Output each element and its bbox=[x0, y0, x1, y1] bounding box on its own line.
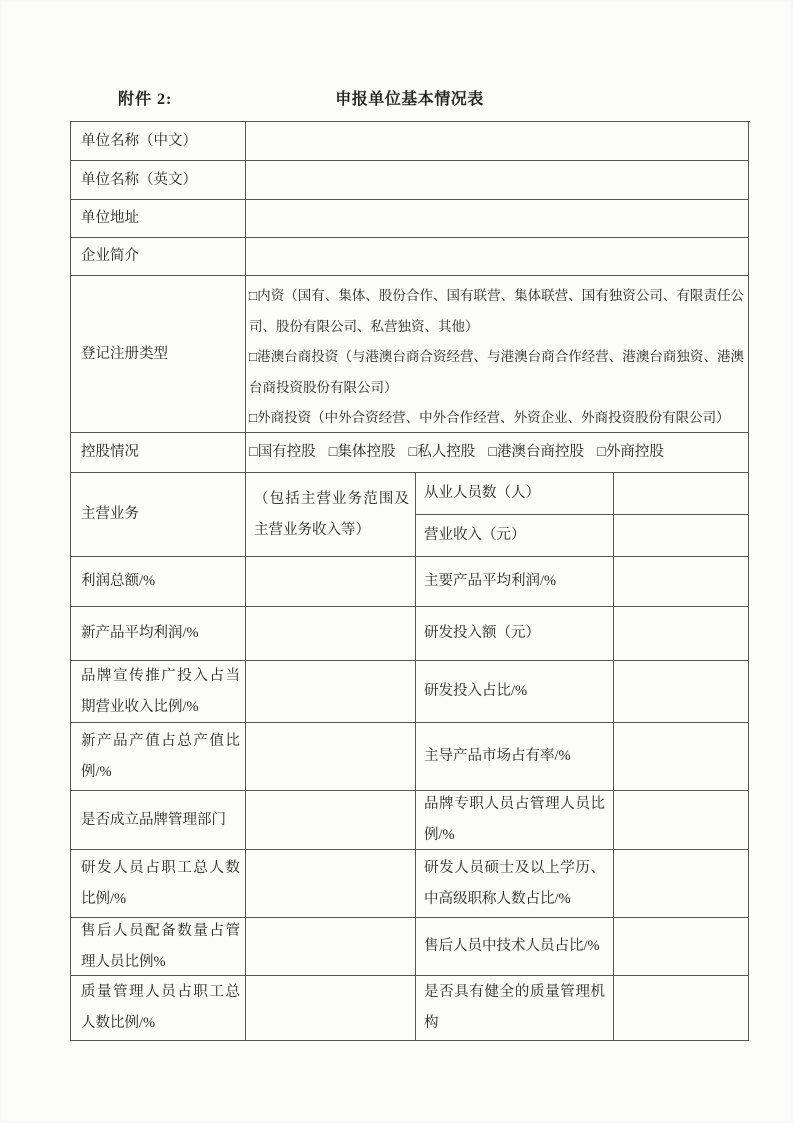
field-value-cell bbox=[246, 607, 416, 661]
field-value-cell bbox=[614, 918, 749, 976]
table-row: 单位名称（英文） bbox=[71, 161, 750, 200]
field-value-cell bbox=[246, 976, 416, 1041]
scanned-form-page: 附件 2: 申报单位基本情况表 单位名称（中文） 单位名称（英文） 单位地址 企… bbox=[0, 0, 793, 1123]
field-value-cell bbox=[246, 791, 416, 850]
table-row: 新产品产值占总产值比例/% 主导产品市场占有率/% bbox=[71, 723, 750, 791]
checkbox-option: □港澳台商投资（与港澳台商合资经营、与港澳台商合作经营、港澳台商独资、港澳台商投… bbox=[249, 342, 744, 403]
field-value-cell bbox=[614, 515, 749, 557]
field-value-cell bbox=[614, 661, 749, 723]
field-label: 新产品产值占总产值比例/% bbox=[71, 723, 246, 791]
field-value-cell bbox=[246, 557, 416, 607]
field-label: 品牌宣传推广投入占当期营业收入比例/% bbox=[71, 661, 246, 723]
field-label: 研发投入占比/% bbox=[416, 661, 614, 723]
table-row: 利润总额/% 主要产品平均利润/% bbox=[71, 557, 750, 607]
field-value-cell bbox=[246, 238, 749, 276]
holding-options-cell: □国有控股 □集体控股 □私人控股 □港澳台商控股 □外商控股 bbox=[246, 433, 749, 473]
field-label: 是否成立品牌管理部门 bbox=[71, 791, 246, 850]
field-label: 研发投入额（元） bbox=[416, 607, 614, 661]
main-business-note: （包括主营业务范围及主营业务收入等） bbox=[246, 473, 416, 557]
table-row: 营业收入（元） bbox=[416, 515, 749, 557]
field-value-cell bbox=[246, 161, 749, 200]
field-value-cell bbox=[614, 723, 749, 791]
table-row: 从业人员数（人） bbox=[416, 473, 749, 515]
field-label: 质量管理人员占职工总人数比例/% bbox=[71, 976, 246, 1041]
field-label: 从业人员数（人） bbox=[416, 473, 614, 515]
table-row: 质量管理人员占职工总人数比例/% 是否具有健全的质量管理机构 bbox=[71, 976, 750, 1041]
field-label: 企业简介 bbox=[71, 238, 246, 276]
field-value-cell bbox=[614, 976, 749, 1041]
field-value-cell bbox=[246, 723, 416, 791]
field-label: 单位名称（中文） bbox=[71, 122, 246, 161]
field-label: 售后人员中技术人员占比/% bbox=[416, 918, 614, 976]
checkbox-option: □港澳台商控股 bbox=[488, 437, 584, 468]
table-row: 新产品平均利润/% 研发投入额（元） bbox=[71, 607, 750, 661]
field-value-cell bbox=[614, 473, 749, 515]
checkbox-option: □外商投资（中外合资经营、中外合作经营、外资企业、外商投资股份有限公司） bbox=[249, 403, 744, 434]
checkbox-option: □外商控股 bbox=[597, 437, 664, 468]
field-label: 研发人员硕士及以上学历、中高级职称人数占比/% bbox=[416, 850, 614, 918]
field-label: 控股情况 bbox=[71, 433, 246, 473]
field-label: 单位名称（英文） bbox=[71, 161, 246, 200]
field-value-cell bbox=[614, 607, 749, 661]
field-label: 利润总额/% bbox=[71, 557, 246, 607]
basic-info-table: 单位名称（中文） 单位名称（英文） 单位地址 企业简介 登记注册类型 □内资（国… bbox=[70, 121, 750, 1041]
table-row: 品牌宣传推广投入占当期营业收入比例/% 研发投入占比/% bbox=[71, 661, 750, 723]
field-label: 主营业务 bbox=[71, 473, 246, 557]
field-label: 研发人员占职工总人数比例/% bbox=[71, 850, 246, 918]
field-label: 新产品平均利润/% bbox=[71, 607, 246, 661]
table-row: 单位名称（中文） bbox=[71, 122, 750, 161]
field-value-cell bbox=[614, 557, 749, 607]
field-label: 品牌专职人员占管理人员比例/% bbox=[416, 791, 614, 850]
checkbox-option: □国有控股 bbox=[249, 437, 316, 468]
field-label: 是否具有健全的质量管理机构 bbox=[416, 976, 614, 1041]
field-value-cell bbox=[246, 200, 749, 238]
table-row: 控股情况 □国有控股 □集体控股 □私人控股 □港澳台商控股 □外商控股 bbox=[71, 433, 750, 473]
field-value-cell bbox=[246, 122, 749, 161]
table-row: 主营业务 （包括主营业务范围及主营业务收入等） 从业人员数（人） 营业收入（元） bbox=[71, 473, 750, 557]
table-row: 是否成立品牌管理部门 品牌专职人员占管理人员比例/% bbox=[71, 791, 750, 850]
checkbox-option: □私人控股 bbox=[409, 437, 476, 468]
main-business-subtable: 从业人员数（人） 营业收入（元） bbox=[416, 473, 749, 557]
field-value-cell bbox=[246, 918, 416, 976]
field-value-cell bbox=[246, 850, 416, 918]
form-title: 申报单位基本情况表 bbox=[70, 86, 749, 109]
checkbox-option: □集体控股 bbox=[329, 437, 396, 468]
field-label: 登记注册类型 bbox=[71, 276, 246, 433]
field-value-cell bbox=[614, 850, 749, 918]
field-label: 营业收入（元） bbox=[416, 515, 614, 557]
table-row: 售后人员配备数量占管理人员比例% 售后人员中技术人员占比/% bbox=[71, 918, 750, 976]
table-row: 单位地址 bbox=[71, 200, 750, 238]
checkbox-option: □内资（国有、集体、股份合作、国有联营、集体联营、国有独资公司、有限责任公司、股… bbox=[249, 281, 744, 342]
table-row: 研发人员占职工总人数比例/% 研发人员硕士及以上学历、中高级职称人数占比/% bbox=[71, 850, 750, 918]
registration-options-cell: □内资（国有、集体、股份合作、国有联营、集体联营、国有独资公司、有限责任公司、股… bbox=[246, 276, 749, 433]
table-row: 企业简介 bbox=[71, 238, 750, 276]
field-label: 主导产品市场占有率/% bbox=[416, 723, 614, 791]
field-label: 主要产品平均利润/% bbox=[416, 557, 614, 607]
field-value-cell bbox=[614, 791, 749, 850]
field-label: 单位地址 bbox=[71, 200, 246, 238]
table-row: 登记注册类型 □内资（国有、集体、股份合作、国有联营、集体联营、国有独资公司、有… bbox=[71, 276, 750, 433]
field-value-cell bbox=[246, 661, 416, 723]
field-label: 售后人员配备数量占管理人员比例% bbox=[71, 918, 246, 976]
